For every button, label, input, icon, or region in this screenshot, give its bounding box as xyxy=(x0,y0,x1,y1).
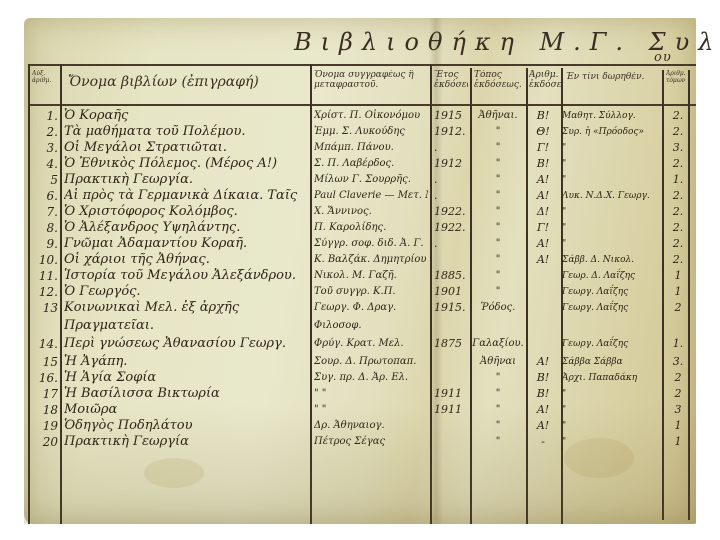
cell-title: Κοινωνικαὶ Μελ. ἐξ ἀρχῆς xyxy=(64,300,314,316)
cell-author: " " xyxy=(314,386,428,402)
cell-num: 20 xyxy=(30,434,60,450)
cell-title: Πρακτικὴ Γεωργία xyxy=(64,434,314,450)
cell-place: " xyxy=(472,402,524,418)
cell-donor: " xyxy=(562,140,662,156)
ledger-row: Πραγματεῖαι.Φιλοσοφ. xyxy=(24,318,696,334)
cell-place: " xyxy=(472,434,524,450)
cell-author: Νικολ. Μ. Γαζῆ. xyxy=(314,268,428,284)
cell-donor: " xyxy=(562,434,662,450)
cell-year xyxy=(434,354,470,370)
cell-copies: 3. xyxy=(664,140,692,156)
cell-copies: 1 xyxy=(664,284,692,300)
ledger-row: 12.Ὁ Γεωργός.Τοῦ συγγρ. Κ.Π.1901"Γεωργ. … xyxy=(24,284,696,300)
cell-year: 1922. xyxy=(434,220,470,236)
cell-donor: Λυκ. Ν.Δ.Χ. Γεωργ. xyxy=(562,188,662,204)
cell-place: " xyxy=(472,156,524,172)
cell-donor: Μαθητ. Σύλλογ. xyxy=(562,108,662,124)
cell-place: Γαλαξίου. xyxy=(472,336,524,352)
cell-edition: Δ! xyxy=(527,204,559,220)
cell-title: Περὶ γνώσεως Ἀθανασίου Γεωργ. xyxy=(64,336,314,352)
cell-edition xyxy=(527,336,559,352)
header-number: Αὐξ. ἀριθμ. xyxy=(32,70,58,110)
cell-copies: 2 xyxy=(664,386,692,402)
cell-title: Πραγματεῖαι. xyxy=(64,318,314,334)
cell-edition: Γ! xyxy=(527,220,559,236)
cell-donor: Σάββ. Δ. Νικολ. xyxy=(562,252,662,268)
cell-year: 1912. xyxy=(434,124,470,140)
cell-donor: " xyxy=(562,236,662,252)
cell-author: Κ. Βαλζάκ. Δημητρίου xyxy=(314,252,428,268)
cell-author: " " xyxy=(314,402,428,418)
ledger-row: 20Πρακτικὴ ΓεωργίαΠέτρος Σέγας"-"1 xyxy=(24,434,696,450)
header-place: Τόπος ἐκδόσεως. xyxy=(474,70,524,110)
cell-author: Ἐμμ. Σ. Λυκούδης xyxy=(314,124,428,140)
cell-year: 1915 xyxy=(434,108,470,124)
cell-author: Φιλοσοφ. xyxy=(314,318,428,334)
stain xyxy=(144,458,204,488)
cell-title: Τὰ μαθήματα τοῦ Πολέμου. xyxy=(64,124,314,140)
cell-year: 1922. xyxy=(434,204,470,220)
header-top-rule xyxy=(28,64,696,66)
cell-num: 11. xyxy=(30,268,60,284)
cell-num: 9. xyxy=(30,236,60,252)
cell-title: Ὁδηγὸς Ποδηλάτου xyxy=(64,418,314,434)
ledger-title-tail: ου xyxy=(654,50,672,65)
cell-num: 16. xyxy=(30,370,60,386)
cell-donor: Γεωργ. Λαΐζης xyxy=(562,336,662,352)
cell-copies: 2. xyxy=(664,252,692,268)
cell-num: 7. xyxy=(30,204,60,220)
cell-edition: Α! xyxy=(527,418,559,434)
cell-num: 14. xyxy=(30,336,60,352)
cell-year xyxy=(434,370,470,386)
ledger-row: 8.Ὁ Ἀλέξανδρος Υψηλάντης.Π. Καρολίδης.19… xyxy=(24,220,696,236)
cell-author: Μπάμπ. Πάνου. xyxy=(314,140,428,156)
header-copies: Ἀριθμ. τόμων xyxy=(666,70,688,110)
cell-edition: Α! xyxy=(527,354,559,370)
cell-author: Paul Claverie — Μετ. Ν. Πορφύρης xyxy=(314,188,428,204)
cell-num: 18 xyxy=(30,402,60,418)
cell-edition: Θ! xyxy=(527,124,559,140)
cell-place: " xyxy=(472,252,524,268)
cell-num: 15 xyxy=(30,354,60,370)
cell-place: Ῥόδος. xyxy=(472,300,524,316)
ledger-row: 9.Γνῶμαι Ἀδαμαντίου Κοραῆ.Σύγγρ. σοφ. δι… xyxy=(24,236,696,252)
cell-year: 1912 xyxy=(434,156,470,172)
cell-num: 3. xyxy=(30,140,60,156)
cell-author: Σουρ. Δ. Πρωτοπαπ. xyxy=(314,354,428,370)
cell-edition: Α! xyxy=(527,172,559,188)
cell-num: 1. xyxy=(30,108,60,124)
cell-copies xyxy=(664,318,692,334)
header-year: Ἔτος ἐκδόσεως xyxy=(434,70,468,110)
cell-copies: 2. xyxy=(664,108,692,124)
ledger-row: 11.Ἱστορία τοῦ Μεγάλου Ἀλεξάνδρου.Νικολ.… xyxy=(24,268,696,284)
cell-copies: 2. xyxy=(664,156,692,172)
cell-title: Ἡ Βασίλισσα Βικτωρία xyxy=(64,386,314,402)
cell-donor: Σάββα Σάββα xyxy=(562,354,662,370)
cell-year: . xyxy=(434,236,470,252)
cell-title: Ὁ Ἐθνικὸς Πόλεμος. (Μέρος Α!) xyxy=(64,156,314,172)
cell-year: . xyxy=(434,140,470,156)
ledger-row: 7.Ὁ Χριστόφορος Κολόμβος.Χ. Ἄννινος.1922… xyxy=(24,204,696,220)
cell-edition xyxy=(527,268,559,284)
cell-title: Ἡ Ἀγάπη. xyxy=(64,354,314,370)
cell-author: Συγ. πρ. Δ. Ἀρ. Ελ. xyxy=(314,370,428,386)
cell-donor: " xyxy=(562,220,662,236)
cell-num: 4. xyxy=(30,156,60,172)
cell-copies: 2. xyxy=(664,188,692,204)
cell-edition: Β! xyxy=(527,386,559,402)
cell-place: " xyxy=(472,386,524,402)
cell-title: Ὁ Χριστόφορος Κολόμβος. xyxy=(64,204,314,220)
cell-author: Χρίστ. Π. Οἰκονόμου xyxy=(314,108,428,124)
cell-copies: 1. xyxy=(664,172,692,188)
cell-edition: Α! xyxy=(527,236,559,252)
cell-place: " xyxy=(472,204,524,220)
cell-edition: Β! xyxy=(527,108,559,124)
cell-edition: Β! xyxy=(527,370,559,386)
cell-donor: " xyxy=(562,156,662,172)
cell-author: Φρύγ. Κρατ. Μελ. xyxy=(314,336,428,352)
cell-edition: Α! xyxy=(527,402,559,418)
cell-title: Αἱ πρὸς τὰ Γερμανικὰ Δίκαια. Ταῖς xyxy=(64,188,314,204)
cell-copies: 2 xyxy=(664,300,692,316)
cell-num: 8. xyxy=(30,220,60,236)
ledger-row: 4.Ὁ Ἐθνικὸς Πόλεμος. (Μέρος Α!)Σ. Π. Λαβ… xyxy=(24,156,696,172)
cell-title: Γνῶμαι Ἀδαμαντίου Κοραῆ. xyxy=(64,236,314,252)
ledger-row: 17Ἡ Βασίλισσα Βικτωρία" "1911"Β!"2 xyxy=(24,386,696,402)
header-edition: Ἀριθμ. ἐκδόσεως xyxy=(529,70,561,110)
cell-copies: 1 xyxy=(664,434,692,450)
header-donor: Ἐν τίνι δωρηθέν. xyxy=(566,72,660,112)
cell-donor: " xyxy=(562,386,662,402)
cell-copies: 1. xyxy=(664,336,692,352)
cell-copies: 1 xyxy=(664,268,692,284)
cell-year: 1901 xyxy=(434,284,470,300)
ledger-row: 14.Περὶ γνώσεως Ἀθανασίου Γεωργ.Φρύγ. Κρ… xyxy=(24,336,696,352)
cell-donor: Γεωργ. Λαΐζης xyxy=(562,300,662,316)
cell-author: Π. Καρολίδης. xyxy=(314,220,428,236)
cell-place: " xyxy=(472,124,524,140)
cell-copies: 2. xyxy=(664,124,692,140)
cell-author: Χ. Ἄννινος. xyxy=(314,204,428,220)
cell-donor: " xyxy=(562,204,662,220)
cell-num: 17 xyxy=(30,386,60,402)
cell-num: 13 xyxy=(30,300,60,316)
cell-title: Ἱστορία τοῦ Μεγάλου Ἀλεξάνδρου. xyxy=(64,268,314,284)
cell-title: Οἱ Μεγάλοι Στρατιῶται. xyxy=(64,140,314,156)
cell-place: Ἀθῆναι xyxy=(472,354,524,370)
cell-title: Ὁ Γεωργός. xyxy=(64,284,314,300)
cell-edition: Α! xyxy=(527,252,559,268)
cell-edition xyxy=(527,300,559,316)
ledger-page: Βιβλιοθήκη Μ.Γ. Συλλόγου Αὐξ. ἀριθμ. Ὄνο… xyxy=(24,18,696,524)
ledger-row: 3.Οἱ Μεγάλοι Στρατιῶται.Μπάμπ. Πάνου.."Γ… xyxy=(24,140,696,156)
cell-year: 1875 xyxy=(434,336,470,352)
cell-author: Γεωργ. Φ. Δραγ. xyxy=(314,300,428,316)
cell-place: " xyxy=(472,370,524,386)
cell-place xyxy=(472,318,524,334)
cell-edition: Α! xyxy=(527,188,559,204)
cell-num xyxy=(30,318,60,334)
header-author: Ὄνομα συγγραφέως ἢ μεταφραστοῦ. xyxy=(314,70,428,110)
cell-place: " xyxy=(472,268,524,284)
cell-donor: Γεωρ. Δ. Λαΐζης xyxy=(562,268,662,284)
cell-title: Πρακτικὴ Γεωργία. xyxy=(64,172,314,188)
cell-edition: - xyxy=(527,434,559,450)
cell-title: Οἱ χάριοι τῆς Ἀθήνας. xyxy=(64,252,314,268)
cell-author: Σ. Π. Λαβέρδος. xyxy=(314,156,428,172)
cell-place: " xyxy=(472,172,524,188)
cell-donor xyxy=(562,318,662,334)
cell-num: 10. xyxy=(30,252,60,268)
ledger-row: 16.Ἡ Ἁγία ΣοφίαΣυγ. πρ. Δ. Ἀρ. Ελ."Β!Ἀρχ… xyxy=(24,370,696,386)
cell-year xyxy=(434,252,470,268)
cell-num: 6. xyxy=(30,188,60,204)
cell-year xyxy=(434,318,470,334)
cell-donor: " xyxy=(562,402,662,418)
cell-num: 12. xyxy=(30,284,60,300)
cell-year xyxy=(434,434,470,450)
cell-num: 19 xyxy=(30,418,60,434)
cell-edition xyxy=(527,318,559,334)
cell-author: Σύγγρ. σοφ. διδ. Ἀ. Γ. xyxy=(314,236,428,252)
cell-author: Τοῦ συγγρ. Κ.Π. xyxy=(314,284,428,300)
cell-author: Πέτρος Σέγας xyxy=(314,434,428,450)
cell-num: 2. xyxy=(30,124,60,140)
ledger-row: 6.Αἱ πρὸς τὰ Γερμανικὰ Δίκαια. ΤαῖςPaul … xyxy=(24,188,696,204)
cell-donor: Ἀρχι. Παπαδάκη xyxy=(562,370,662,386)
cell-copies: 2. xyxy=(664,204,692,220)
cell-donor: " xyxy=(562,418,662,434)
cell-title: Ὁ Κοραῆς xyxy=(64,108,314,124)
cell-copies: 2. xyxy=(664,220,692,236)
cell-year: 1911 xyxy=(434,402,470,418)
cell-copies: 3. xyxy=(664,354,692,370)
cell-donor: " xyxy=(562,172,662,188)
cell-year xyxy=(434,418,470,434)
cell-donor: Συρ. ἡ «Πρόοδος» xyxy=(562,124,662,140)
cell-place: " xyxy=(472,418,524,434)
cell-place: " xyxy=(472,236,524,252)
cell-donor: Γεωργ. Λαΐζης xyxy=(562,284,662,300)
ledger-title: Βιβλιοθήκη Μ.Γ. Συλλόγου xyxy=(294,28,720,56)
cell-year: . xyxy=(434,188,470,204)
cell-title: Ἡ Ἁγία Σοφία xyxy=(64,370,314,386)
cell-title: Μοιῶρα xyxy=(64,402,314,418)
cell-place: Ἀθῆναι. xyxy=(472,108,524,124)
cell-copies: 1 xyxy=(664,418,692,434)
cell-place: " xyxy=(472,284,524,300)
cell-place: " xyxy=(472,188,524,204)
cell-copies: 2 xyxy=(664,370,692,386)
cell-title: Ὁ Ἀλέξανδρος Υψηλάντης. xyxy=(64,220,314,236)
cell-num: 5 xyxy=(30,172,60,188)
cell-place: " xyxy=(472,140,524,156)
ledger-row: 5Πρακτικὴ Γεωργία.Μίλων Γ. Σουρρῆς.."Α!"… xyxy=(24,172,696,188)
ledger-row: 15Ἡ Ἀγάπη.Σουρ. Δ. Πρωτοπαπ.ἈθῆναιΑ!Σάββ… xyxy=(24,354,696,370)
cell-author: Μίλων Γ. Σουρρῆς. xyxy=(314,172,428,188)
cell-year: 1911 xyxy=(434,386,470,402)
cell-copies: 2. xyxy=(664,236,692,252)
cell-year: 1915. xyxy=(434,300,470,316)
cell-place: " xyxy=(472,220,524,236)
ledger-row: 13Κοινωνικαὶ Μελ. ἐξ ἀρχῆςΓεωργ. Φ. Δραγ… xyxy=(24,300,696,316)
ledger-row: 1.Ὁ ΚοραῆςΧρίστ. Π. Οἰκονόμου1915Ἀθῆναι.… xyxy=(24,108,696,124)
cell-edition: Β! xyxy=(527,156,559,172)
cell-edition: Γ! xyxy=(527,140,559,156)
cell-copies: 3 xyxy=(664,402,692,418)
ledger-row: 18Μοιῶρα" "1911"Α!"3 xyxy=(24,402,696,418)
cell-year: 1885. xyxy=(434,268,470,284)
cell-edition xyxy=(527,284,559,300)
ledger-row: 2.Τὰ μαθήματα τοῦ Πολέμου.Ἐμμ. Σ. Λυκούδ… xyxy=(24,124,696,140)
cell-author: Δρ. Ἀθηναιογ. xyxy=(314,418,428,434)
cell-year: . xyxy=(434,172,470,188)
ledger-row: 19Ὁδηγὸς ΠοδηλάτουΔρ. Ἀθηναιογ."Α!"1 xyxy=(24,418,696,434)
ledger-row: 10.Οἱ χάριοι τῆς Ἀθήνας.Κ. Βαλζάκ. Δημητ… xyxy=(24,252,696,268)
